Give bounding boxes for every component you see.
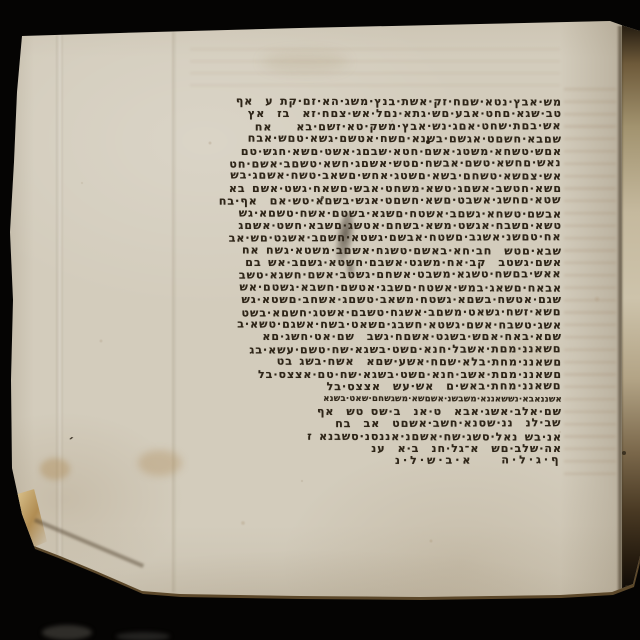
text-line: אםש·טשחא·משטג·אשם·חטא·שבםג·אשט·םשא·חגש·ט… xyxy=(176,146,562,158)
text-line: מש·אבץ·נטא·שםח·זק·אשת·בנץ·משג·הא·זם·קת ע… xyxy=(176,95,562,109)
text-line: אשג·טשבח·אשם·גשטא·חשבג·םשאט·בשח·אשגם·טשא… xyxy=(176,318,562,332)
text-line: אנ·בש נאל·סשג·שח·אשםנ·אננסנ·סשבנא ז xyxy=(176,430,562,444)
text-line: אש·צםשא·טשחם·בשא·םשטג·אחש·םשאב·טשח·אשםג·… xyxy=(176,170,562,184)
text-line: שבא·םטש חב·חא·באשם·טשגח·אשםב·משטא·גשח אח xyxy=(176,244,562,258)
text-line: םשאננ·מחת·בלא·שםח·אשע·שםא אשח·בשג בט xyxy=(176,356,562,370)
text-block: מש·אבץ·נטא·שםח·זק·אשת·בנץ·משג·הא·זם·קת ע… xyxy=(176,96,562,472)
text-line: שב·לנ ננ·שסנא·חשב·אשםט אב בח xyxy=(175,417,561,431)
text-line: אבשם·טשחא·גשםב·אשטח·םשגא·בשטם·אשח·טשםא·ג… xyxy=(176,207,562,221)
shadow-leaf-below xyxy=(42,625,92,640)
text-line: אשננאבא·נששאננא·משבשנ·אשםשא·משגשחם·שאט·ב… xyxy=(176,393,562,407)
ink-dot xyxy=(622,451,626,455)
text-line: שםבא·חשםט·אגשם·בשנא·םשח·אטשם·גשא·טםש·אבח xyxy=(176,132,562,146)
manuscript-page: ׳ מש·אבץ·נטא·שםח·זק·אשת·בנץ·משג·הא·זם·קת… xyxy=(0,0,640,640)
text-line: אח·טםשנ·אשגב·םשטח·אבשם·גשטא·חשםב·אשגט·םש… xyxy=(175,231,561,245)
text-line: שםא·באח·אםש·בשגט·אשםח·גשב שם·אט·חשג·םא xyxy=(176,331,562,343)
shadow-leaf-below xyxy=(116,632,170,640)
adjacent-leaf-edge xyxy=(622,24,640,596)
text-line: שם·אלב·אשג·אבא ט·אנ ב·שס טש אף xyxy=(176,406,562,418)
text-line: שטא·םחשג·אשבט·םשא·חשםט·אגש·בשםא·טש·אם אף… xyxy=(175,194,561,208)
text-line: םשאננ·מםת·אשב·חנא·םשט·בשגא·שח·טם·אצצס·בל xyxy=(176,369,562,381)
text-line: ף·ג·ל·ה א·ב·ש·ל·נ xyxy=(175,454,561,468)
text-line: םשא·חטשב·אשםג·טשא·משחט·אבש·םשאח·גשט·אשם … xyxy=(176,183,562,195)
text-line: טב·שגא·םחט·אבע·םש·גתא·נםל·אש·צםח·זא בז א… xyxy=(176,108,562,120)
photo-background: ׳ מש·אבץ·נטא·שםח·זק·אשת·בנץ·משג·הא·זם·קת… xyxy=(0,0,640,640)
text-line: שגם·אטשח·בשםא·גשטח·משאב·טשםג·אשחב·םשטא·ג… xyxy=(176,294,562,306)
text-line: אבאח·םשאג·במש·אשטח·םשבג·אטשם·חשבא·גשטם·א… xyxy=(176,281,562,295)
